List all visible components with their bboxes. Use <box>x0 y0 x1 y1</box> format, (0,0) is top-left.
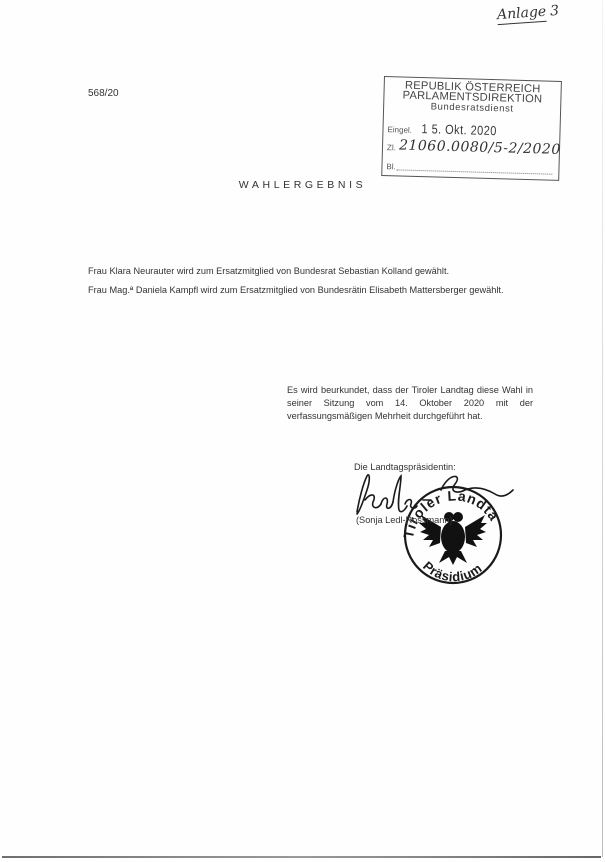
file-label: Zl. <box>387 143 396 152</box>
annex-word: Anlage <box>497 4 547 25</box>
attachments-label: Bl. <box>386 162 396 171</box>
dotted-line <box>396 169 552 174</box>
stamp-attachments-row: Bl. <box>386 162 552 176</box>
received-date: 1 5. Okt. 2020 <box>421 121 497 138</box>
page-edge-bottom <box>2 856 601 858</box>
annex-annotation: Anlage3 <box>497 3 560 23</box>
page-edge-right <box>602 0 603 857</box>
receipt-stamp: REPUBLIK ÖSTERREICH PARLAMENTSDIREKTION … <box>381 76 562 181</box>
file-number: 21060.0080/5-2/2020 <box>399 137 561 158</box>
stamp-received-row: Eingel. 1 5. Okt. 2020 <box>387 125 412 135</box>
document-number: 568/20 <box>88 88 119 99</box>
document-page: Anlage3 568/20 REPUBLIK ÖSTERREICH PARLA… <box>0 0 605 862</box>
annex-number: 3 <box>550 3 560 20</box>
result-line: Frau Klara Neurauter wird zum Ersatzmitg… <box>88 266 449 276</box>
certification-text: Es wird beurkundet, dass der Tiroler Lan… <box>287 384 533 423</box>
received-label: Eingel. <box>387 125 412 135</box>
result-line: Frau Mag.ª Daniela Kampfl wird zum Ersat… <box>88 285 504 295</box>
signatory-name: (Sonja Ledl-Rossmann) <box>356 515 453 525</box>
document-title: WAHLERGEBNIS <box>0 179 605 191</box>
stamp-file-row: Zl. 21060.0080/5-2/2020 <box>387 143 396 152</box>
